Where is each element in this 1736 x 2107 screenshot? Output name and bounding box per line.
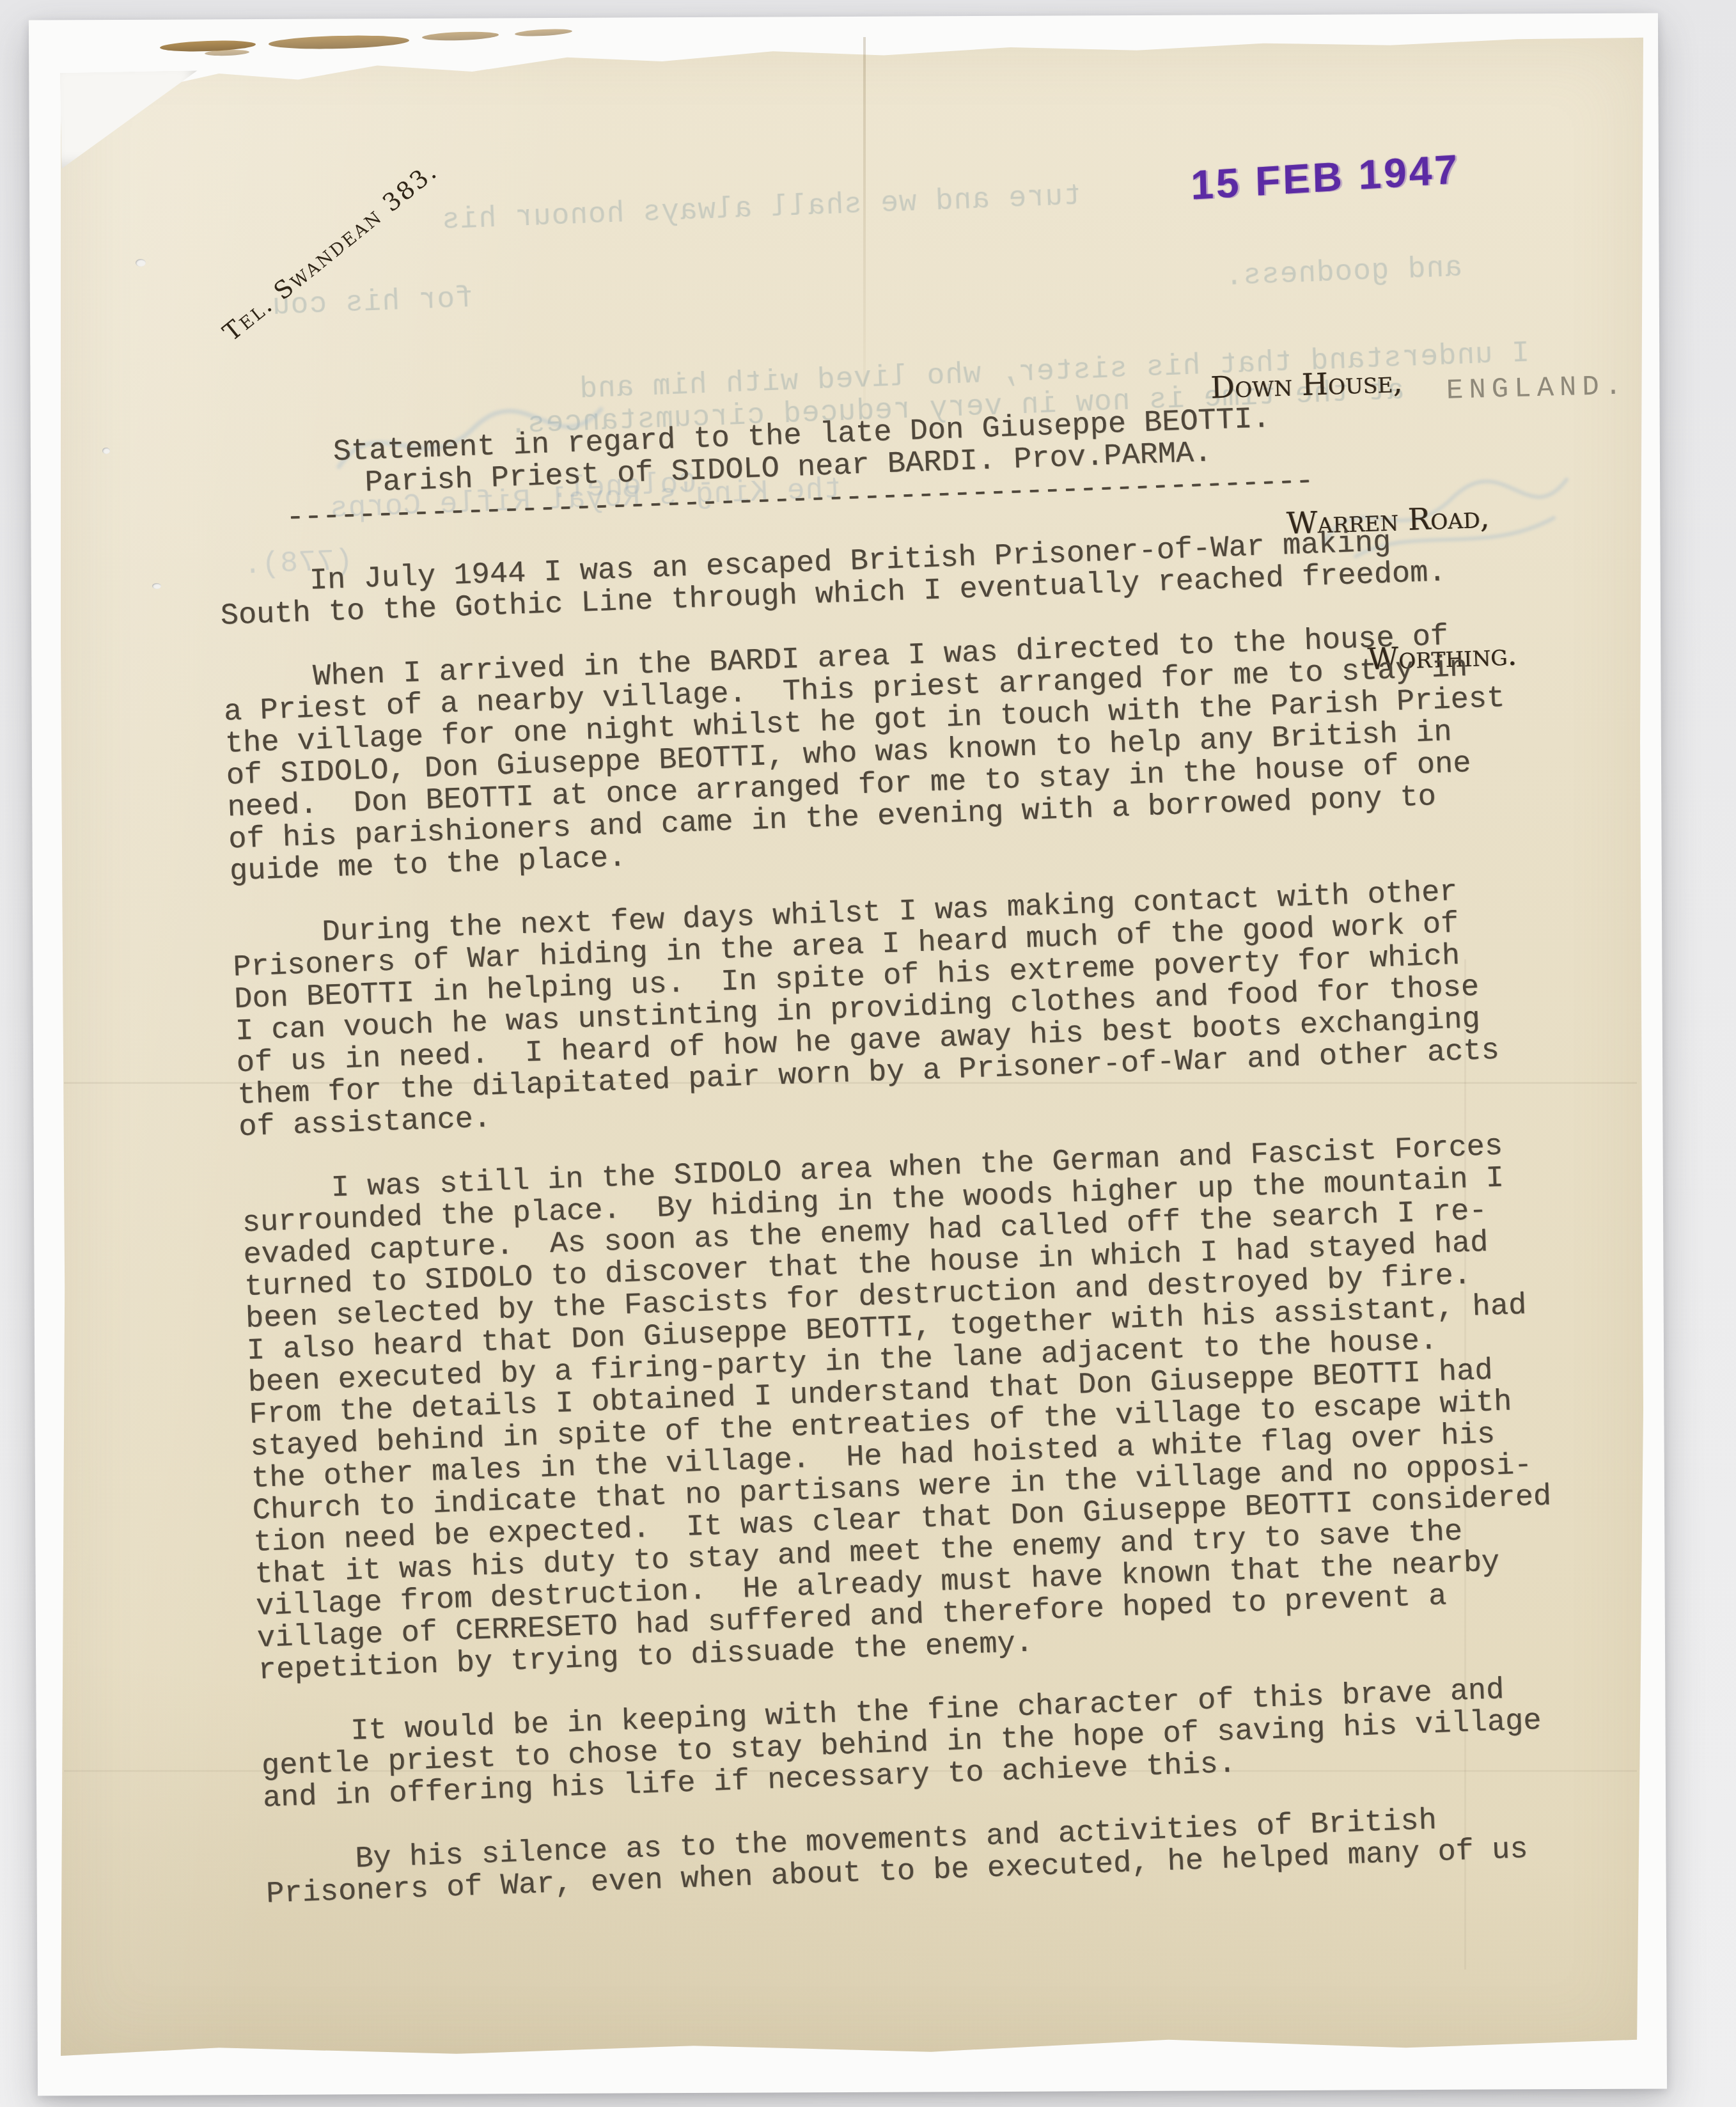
paragraph-2: When I arrived in the BARDI area I was d… xyxy=(223,615,1636,888)
paragraph-5: It would be in keeping with the fine cha… xyxy=(260,1669,1670,1815)
paper-hole xyxy=(102,448,110,454)
paper-hole xyxy=(152,583,161,589)
typed-statement: Statement in regard to the late Don Gius… xyxy=(214,391,1673,1911)
paragraph-3: During the next few days whilst I was ma… xyxy=(231,870,1645,1144)
scanned-letter-scene: ture and we shall always honour his and … xyxy=(0,0,1736,2107)
paragraph-4: I was still in the SIDOLO area when the … xyxy=(240,1126,1664,1688)
paper-hole xyxy=(136,259,146,267)
